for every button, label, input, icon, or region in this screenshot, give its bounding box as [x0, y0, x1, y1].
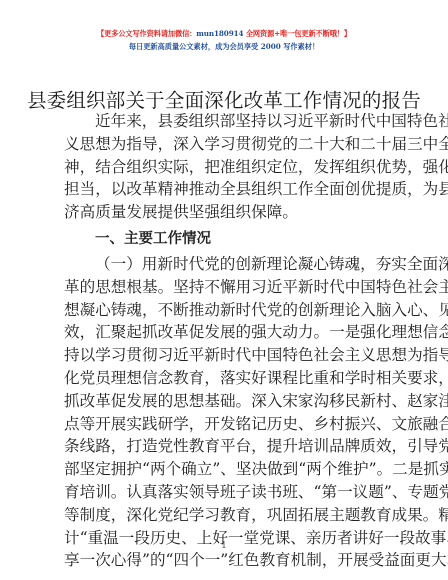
section1-paragraph: （一）用新时代党的创新理论凝心铸魂，夯实全面深化改 革的思想根基。坚持不懈用习近… — [64, 253, 384, 572]
text-line: 济高质量发展提供坚强组织保障。 — [64, 201, 384, 224]
text-line: 革的思想根基。坚持不懈用习近平新时代中国特色社会主义思 — [64, 276, 384, 299]
document-title: 县委组织部关于全面深化改革工作情况的报告 — [0, 85, 448, 113]
wechat-id: mun180914 — [196, 29, 243, 38]
intro-paragraph: 近年来，县委组织部坚持以习近平新时代中国特色社会主 义思想为指导，深入学习贯彻党… — [64, 110, 384, 224]
text-line: 近年来，县委组织部坚持以习近平新时代中国特色社会主 — [64, 110, 384, 133]
promo-text-suffix: 全网资源+唯一包更新不断哦！】 — [243, 29, 351, 38]
section-heading-block: 一、主要工作情况 — [64, 226, 384, 252]
text-line: 效，汇聚起抓改革促发展的强大动力。一是强化理想信念。坚 — [64, 321, 384, 344]
page-number: 1 — [0, 541, 448, 551]
promo-banner-line2: 每日更新高质量公文素材，成为会员享受 2000 写作素材！ — [0, 42, 448, 52]
document-page: 【更多公文写作资料请加微信：mun180914 全网资源+唯一包更新不断哦！】 … — [0, 0, 448, 580]
text-line: 条线路，打造党性教育平台，提升培训品牌质效，引导党员干 — [64, 435, 384, 458]
text-line: 化党员理想信念教育，落实好课程比重和学时相关要求，夯实 — [64, 367, 384, 390]
text-line: 义思想为指导，深入学习贯彻党的二十大和二十届三中全会精 — [64, 133, 384, 156]
promo-text-prefix: 【更多公文写作资料请加微信： — [97, 29, 196, 38]
text-line: 享一次心得”的“四个一”红色教育机制，开展受益面更大、体 — [64, 549, 384, 572]
text-line: 抓改革促发展的思想基础。深入宋家沟移民新村、赵家洼教学 — [64, 390, 384, 413]
text-line: 育培训。认真落实领导班子读书班、“第一议题”、专题党课 — [64, 481, 384, 504]
text-line: 想凝心铸魂，不断推动新时代党的创新理论入脑入心、见行见 — [64, 299, 384, 322]
text-line: 神，结合组织实际，把准组织定位，发挥组织优势，强化组织 — [64, 156, 384, 179]
promo-banner-line1: 【更多公文写作资料请加微信：mun180914 全网资源+唯一包更新不断哦！】 — [0, 29, 448, 39]
text-line: 点等开展实践研学，开发铭记历史、乡村振兴、文旅融合 3 — [64, 413, 384, 436]
text-line: 担当，以改革精神推动全县组织工作全面创优提质，为县域经 — [64, 178, 384, 201]
text-line: （一）用新时代党的创新理论凝心铸魂，夯实全面深化改 — [64, 253, 384, 276]
section-heading: 一、主要工作情况 — [64, 226, 384, 252]
text-line: 持以学习贯彻习近平新时代中国特色社会主义思想为指导，强 — [64, 344, 384, 367]
text-line: 部坚定拥护“两个确立”、坚决做到“两个维护”。二是抓实教 — [64, 458, 384, 481]
text-line: 等制度，深化党纪学习教育，巩固拓展主题教育成果。精心设 — [64, 504, 384, 527]
